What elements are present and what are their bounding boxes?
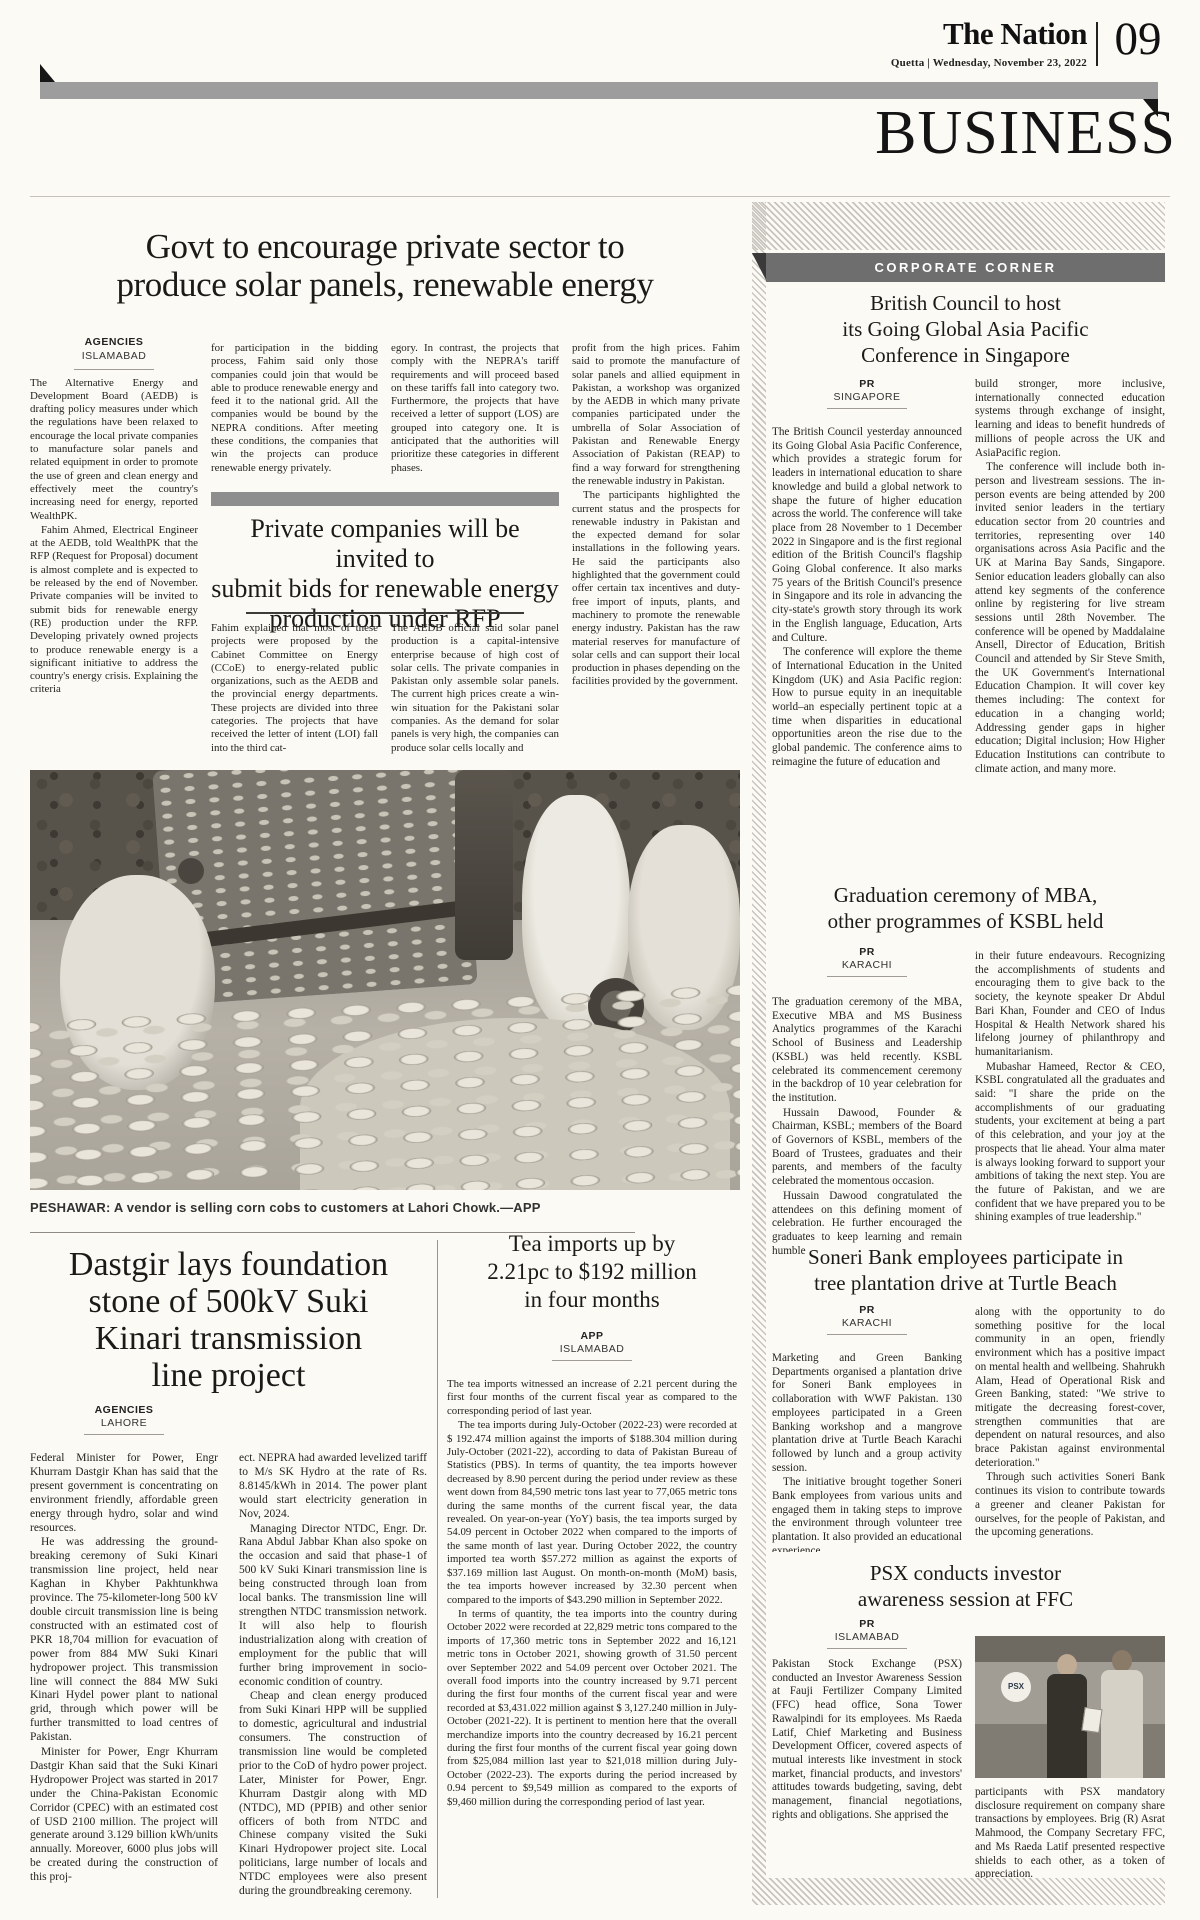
byline: PR SINGAPORE xyxy=(772,378,962,409)
lead-column-3: egory. In contrast, the projects that co… xyxy=(391,342,559,488)
soneri-byline-wrap: PR KARACHI xyxy=(772,1304,962,1342)
byline-agency: AGENCIES xyxy=(30,1404,218,1416)
paragraph: in their future endeavours. Recognizing … xyxy=(975,950,1165,1060)
paragraph: The AEDB official said solar panel produ… xyxy=(391,622,559,755)
psx-column-1: Pakistan Stock Exchange (PSX) conducted … xyxy=(772,1658,962,1876)
byline-city: KARACHI xyxy=(772,1317,962,1329)
paragraph: Pakistan Stock Exchange (PSX) conducted … xyxy=(772,1658,962,1822)
byline: PR KARACHI xyxy=(772,946,962,977)
header-gray-bar xyxy=(40,82,1158,99)
ksbl-column-2: in their future endeavours. Recognizing … xyxy=(975,950,1165,1284)
paragraph: The conference will explore the theme of… xyxy=(772,646,962,769)
section-title: BUSINESS xyxy=(875,100,1176,166)
byline: PR KARACHI xyxy=(772,1304,962,1335)
corporate-corner-banner: CORPORATE CORNER xyxy=(766,253,1165,282)
paragraph: The graduation ceremony of the MBA, Exec… xyxy=(772,996,962,1106)
byline: PR ISLAMABAD xyxy=(772,1618,962,1649)
edition-dateline: Quetta | Wednesday, November 23, 2022 xyxy=(891,57,1087,69)
byline-city: KARACHI xyxy=(772,959,962,971)
byline: AGENCIES ISLAMABAD xyxy=(30,336,198,370)
byline-agency: PR xyxy=(772,1304,962,1316)
byline: APP ISLAMABAD xyxy=(447,1330,737,1361)
ksbl-column-1: The graduation ceremony of the MBA, Exec… xyxy=(772,996,962,1284)
paragraph: The tea imports during July-October (202… xyxy=(447,1419,737,1607)
substory-column-1: Fahim explained that most of these proje… xyxy=(211,622,378,760)
substory-headline: Private companies will be invited to sub… xyxy=(211,514,559,634)
byline-rule xyxy=(827,976,907,977)
soneri-headline: Soneri Bank employees participate in tre… xyxy=(766,1244,1165,1296)
paragraph: The British Council yesterday announced … xyxy=(772,426,962,645)
substory-gray-bar xyxy=(211,492,559,506)
newspaper-page: The Nation 09 Quetta | Wednesday, Novemb… xyxy=(0,0,1200,1920)
corner-bottom-stripes xyxy=(752,1878,1165,1905)
photo-detail xyxy=(1081,1707,1102,1733)
ksbl-byline-wrap: PR KARACHI xyxy=(772,946,962,984)
paragraph: along with the opportunity to do somethi… xyxy=(975,1306,1165,1470)
bc-column-1: The British Council yesterday announced … xyxy=(772,426,962,844)
byline-rule xyxy=(552,1360,632,1361)
byline-rule xyxy=(827,408,907,409)
paragraph: Fahim explained that most of these proje… xyxy=(211,622,378,755)
paragraph: The tea imports witnessed an increase of… xyxy=(447,1378,737,1418)
photo-detail xyxy=(178,858,204,884)
photo-detail xyxy=(1112,1650,1132,1672)
psx-column-2: participants with PSX mandatory disclosu… xyxy=(975,1786,1165,1878)
photo-detail xyxy=(30,978,740,1190)
corner-left-stripes xyxy=(752,202,766,1905)
paragraph: egory. In contrast, the projects that co… xyxy=(391,342,559,475)
paragraph: Fahim Ahmed, Electrical Engineer at the … xyxy=(30,524,198,697)
flag-triangle-left-icon xyxy=(40,64,55,82)
paragraph: Through such activities Soneri Bank cont… xyxy=(975,1471,1165,1540)
tea-column: The tea imports witnessed an increase of… xyxy=(447,1378,737,1893)
paragraph: The Alternative Energy and Development B… xyxy=(30,377,198,523)
psx-session-photo: PSX xyxy=(975,1636,1165,1778)
paragraph: The initiative brought together Soneri B… xyxy=(772,1476,962,1552)
byline-agency: PR xyxy=(772,378,962,390)
substory-column-2: The AEDB official said solar panel produ… xyxy=(391,622,559,760)
paragraph: profit from the high prices. Fahim said … xyxy=(572,342,740,488)
paragraph: for participation in the bidding process… xyxy=(211,342,378,475)
paragraph: Mubashar Hameed, Rector & CEO, KSBL cong… xyxy=(975,1061,1165,1225)
paragraph: Marketing and Green Banking Departments … xyxy=(772,1352,962,1475)
byline-city: SINGAPORE xyxy=(772,391,962,403)
bc-byline-wrap: PR SINGAPORE xyxy=(772,378,962,416)
corporate-corner: CORPORATE CORNER British Council to host… xyxy=(752,202,1165,1905)
lead-headline: Govt to encourage private sector to prod… xyxy=(30,228,740,304)
dastgir-column-1: Federal Minister for Power, Engr Khurram… xyxy=(30,1452,218,1897)
header-rule xyxy=(30,196,1170,197)
psx-byline-wrap: PR ISLAMABAD xyxy=(772,1618,962,1656)
dastgir-column-2: ect. NEPRA had awarded levelized tariff … xyxy=(239,1452,427,1897)
paper-title: The Nation xyxy=(943,16,1087,52)
psx-logo: PSX xyxy=(1001,1672,1031,1702)
corner-top-stripes xyxy=(752,202,1165,250)
byline-rule xyxy=(827,1334,907,1335)
byline-city: ISLAMABAD xyxy=(447,1343,737,1355)
paragraph: Federal Minister for Power, Engr Khurram… xyxy=(30,1452,218,1535)
paragraph: Managing Director NTDC, Engr. Dr. Rana A… xyxy=(239,1523,427,1690)
paragraph: Minister for Power, Engr Khurram Dastgir… xyxy=(30,1746,218,1885)
corn-market-photo xyxy=(30,770,740,1190)
lead-column-2: for participation in the bidding process… xyxy=(211,342,378,488)
page-number: 09 xyxy=(1104,14,1172,64)
lead-column-4: profit from the high prices. Fahim said … xyxy=(572,342,740,760)
photo-figure xyxy=(1101,1670,1143,1778)
photo-figure xyxy=(455,770,513,960)
masthead-divider xyxy=(1096,22,1098,66)
byline-rule xyxy=(74,369,154,370)
lead-column-1: AGENCIES ISLAMABAD The Alternative Energ… xyxy=(30,336,198,760)
dastgir-headline: Dastgir lays foundation stone of 500kV S… xyxy=(30,1246,427,1394)
tea-byline-wrap: APP ISLAMABAD xyxy=(447,1330,737,1368)
ksbl-headline: Graduation ceremony of MBA, other progra… xyxy=(766,882,1165,934)
paragraph: The conference will include both in-pers… xyxy=(975,461,1165,776)
byline-rule xyxy=(827,1648,907,1649)
tea-headline: Tea imports up by 2.21pc to $192 million… xyxy=(447,1230,737,1314)
column-divider xyxy=(437,1240,438,1898)
byline-agency: APP xyxy=(447,1330,737,1342)
paragraph: In terms of quantity, the tea imports in… xyxy=(447,1608,737,1809)
paragraph: The participants highlighted the current… xyxy=(572,489,740,688)
bc-column-2: build stronger, more inclusive, internat… xyxy=(975,378,1165,844)
substory-rule xyxy=(246,612,524,614)
byline-city: ISLAMABAD xyxy=(772,1631,962,1643)
byline-city: ISLAMABAD xyxy=(30,350,198,363)
paragraph: Cheap and clean energy produced from Suk… xyxy=(239,1690,427,1897)
soneri-column-1: Marketing and Green Banking Departments … xyxy=(772,1352,962,1552)
byline-agency: AGENCIES xyxy=(30,336,198,349)
photo-caption: PESHAWAR: A vendor is selling corn cobs … xyxy=(30,1200,740,1215)
dastgir-byline-wrap: AGENCIES LAHORE xyxy=(30,1404,218,1442)
bc-headline: British Council to host its Going Global… xyxy=(766,290,1165,368)
paragraph: He was addressing the ground-breaking ce… xyxy=(30,1536,218,1745)
paragraph: ect. NEPRA had awarded levelized tariff … xyxy=(239,1452,427,1522)
byline-agency: PR xyxy=(772,1618,962,1630)
paragraph: Hussain Dawood, Founder & Chairman, KSBL… xyxy=(772,1107,962,1189)
paragraph: build stronger, more inclusive, internat… xyxy=(975,378,1165,460)
byline-agency: PR xyxy=(772,946,962,958)
byline-rule xyxy=(84,1434,164,1435)
byline: AGENCIES LAHORE xyxy=(30,1404,218,1435)
soneri-column-2: along with the opportunity to do somethi… xyxy=(975,1306,1165,1552)
photo-detail xyxy=(1057,1654,1077,1676)
byline-city: LAHORE xyxy=(30,1417,218,1429)
psx-headline: PSX conducts investor awareness session … xyxy=(766,1560,1165,1612)
paragraph: participants with PSX mandatory disclosu… xyxy=(975,1786,1165,1878)
